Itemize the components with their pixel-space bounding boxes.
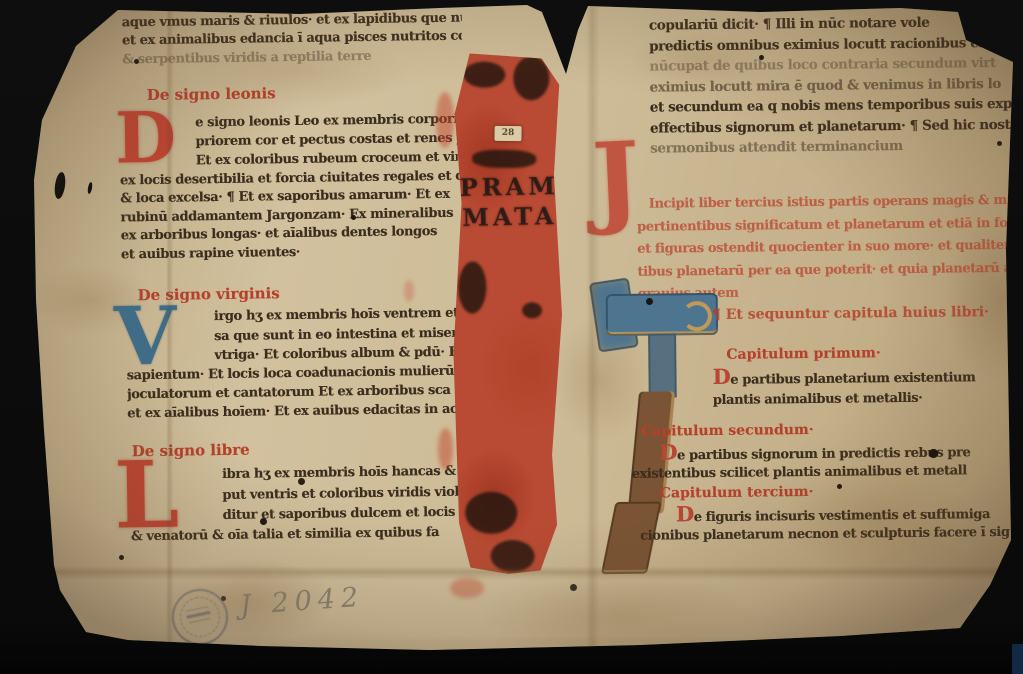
chapter-2-title: Capitulum secundum· <box>641 422 814 440</box>
right-page: copulariū dicit· ¶ Illi in nūc notare vo… <box>593 8 1020 642</box>
chapter-list-heading: ¶ Et sequuntur capitula huius libri· <box>712 304 989 323</box>
text-line: PRAM <box>455 171 564 203</box>
spine-stain <box>465 491 518 534</box>
chapter-1-title: Capitulum primum· <box>726 345 880 363</box>
spine-title-text: PRAMMATA <box>455 171 564 233</box>
text-line: ditur et saporibus dulcem et locis virtu <box>222 503 470 527</box>
chapter-3-title: Capitulum tercium· <box>660 484 814 502</box>
text-line: existentibus scilicet plantis animalibus… <box>631 462 1017 484</box>
paragraph-leo: ex locis desertibilia et forcia ciuitate… <box>120 168 467 265</box>
paragraph-libra: & venatorū & oīa talia et similia ex qui… <box>131 524 471 547</box>
red-paint-smudge <box>450 578 484 598</box>
initial-blue-bar <box>606 293 718 336</box>
red-paint-smudge <box>436 92 454 148</box>
text-line: & venatorū & oīa talia et similia ex qui… <box>131 524 471 547</box>
chapter-2-text: De partibus signorum in predictis rebus … <box>631 440 1017 485</box>
text-line: ibra hʒ ex membris hoīs hancas & partes <box>222 462 470 486</box>
decorated-initial-l: L <box>114 454 180 538</box>
text-line: plantis animalibus et metallis· <box>713 387 1013 410</box>
red-paint-smudge <box>438 428 453 470</box>
spine-stain <box>522 302 542 318</box>
parchment-fragment: aque vmus maris & riuulos· et ex lapidib… <box>0 0 1023 674</box>
manuscript-scan: aque vmus maris & riuulos· et ex lapidib… <box>0 0 1023 674</box>
spine-stain <box>513 56 550 100</box>
binding-spine: 28 PRAMMATA <box>448 53 567 577</box>
paragraph-leo-indented: e signo leonis Leo ex membris corporis h… <box>195 110 458 171</box>
ink-specks <box>0 0 3 3</box>
chapter-3-text: De figuris incisuris vestimentis et suff… <box>640 502 1018 547</box>
text-line: De partibus planetarium existentium <box>712 364 1012 391</box>
spine-stain <box>458 261 487 313</box>
text-line: MATA <box>456 201 565 233</box>
scan-edge-artifact <box>1012 644 1023 674</box>
paragraph-libra-indented: ibra hʒ ex membris hoīs hancas & partesp… <box>222 462 471 527</box>
paragraph-virgo: sapientum· Et locis loca coadunacionis m… <box>127 362 470 424</box>
spine-stain <box>472 149 536 168</box>
spine-stain <box>463 61 505 88</box>
text-line: eximius locutt mira ē quod & venimus in … <box>649 73 1011 97</box>
right-top-text: copulariū dicit· ¶ Illi in nūc notare vo… <box>649 12 1012 159</box>
text-line: Et ex coloribus rubeum croceum et viri <box>196 148 458 171</box>
parchment-hole <box>87 182 93 195</box>
text-line: et ex aīalibus hoīem· Et ex auibus edaci… <box>127 400 469 424</box>
text-line: & serpentibus viridis a reptilia terre <box>122 46 462 69</box>
text-line: cionibus planetarum necnon et sculpturis… <box>640 524 1018 546</box>
decorated-initial-v: V <box>114 300 177 373</box>
red-paint-smudge <box>404 280 414 302</box>
chapter-1-text: De partibus planetarium existentiumplant… <box>712 364 1012 410</box>
left-page: aque vmus maris & riuulos· et ex lapidib… <box>118 6 473 651</box>
text-line: sermonibus attendit terminancium <box>650 135 1012 159</box>
rubric-flourished-initial: J <box>590 133 641 225</box>
parchment-hole <box>53 171 67 199</box>
spine-stain <box>490 540 534 573</box>
spine-paper-label: 28 <box>494 126 521 141</box>
paragraph-virgo-indented: irgo hʒ ex membris hoīs ventrem et intes… <box>214 304 469 366</box>
left-top-text: aque vmus maris & riuulos· et ex lapidib… <box>122 10 463 70</box>
text-line: et auibus rapine viuentes· <box>121 241 467 264</box>
initial-neck <box>648 333 677 397</box>
decorated-initial-d: D <box>115 106 177 170</box>
